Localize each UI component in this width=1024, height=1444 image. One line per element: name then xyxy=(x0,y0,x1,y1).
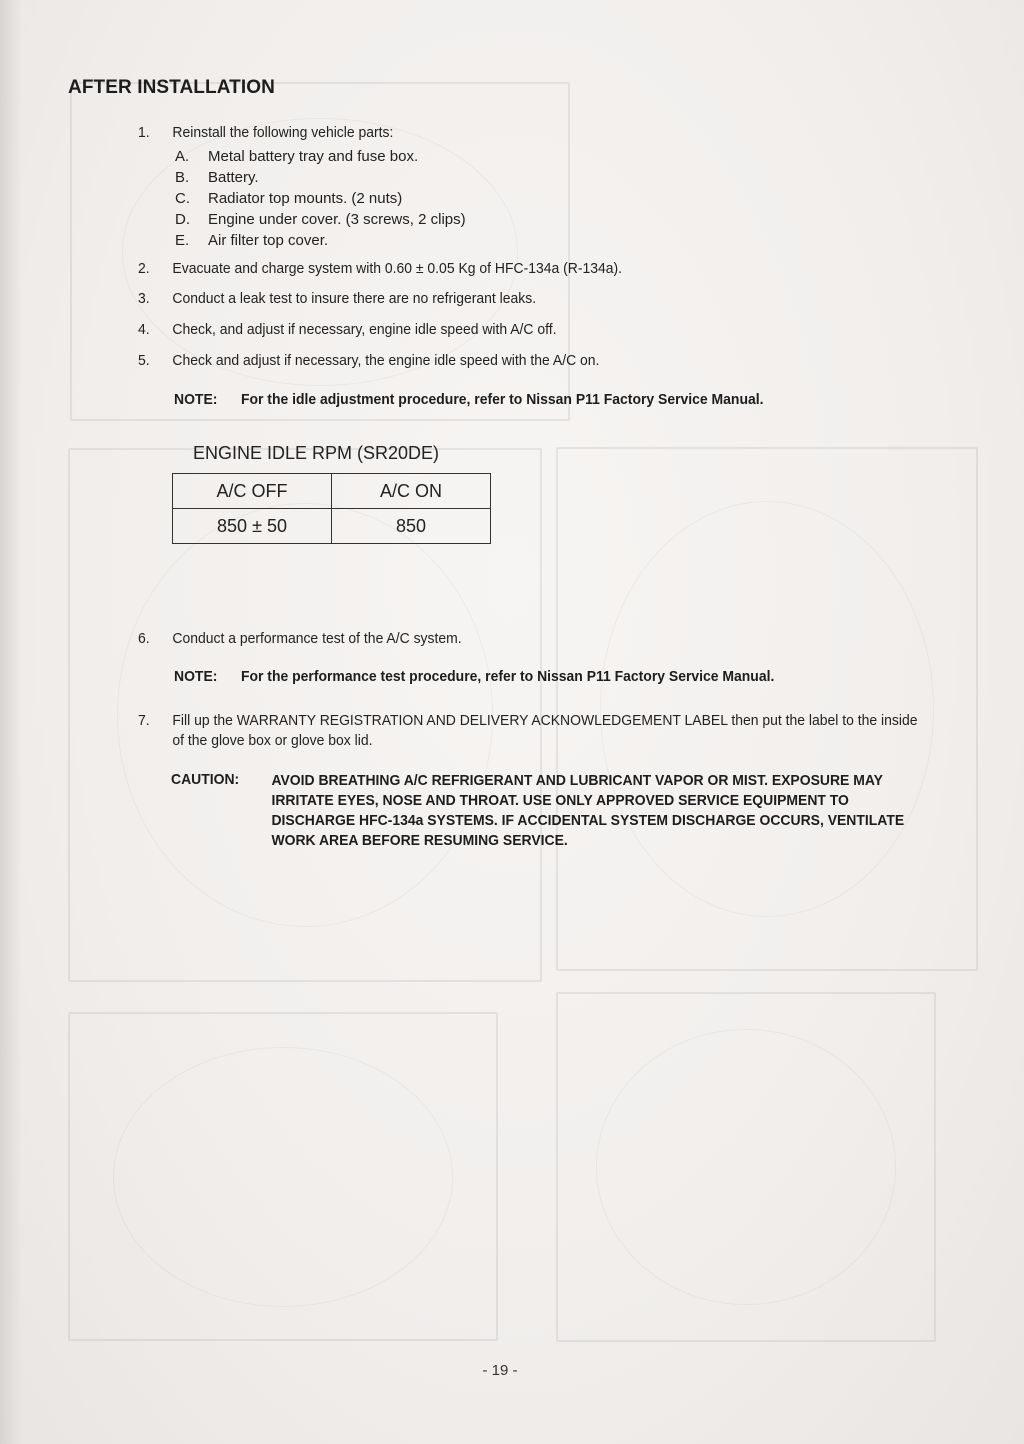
step-text: Fill up the WARRANTY REGISTRATION AND DE… xyxy=(172,711,919,751)
item-text: Air filter top cover. xyxy=(208,230,328,251)
item-letter: D. xyxy=(175,209,208,230)
step-number: 7. xyxy=(138,711,172,751)
note-label: NOTE: xyxy=(174,391,241,408)
step-text: Evacuate and charge system with 0.60 ± 0… xyxy=(172,260,622,277)
note-idle-adjustment: NOTE: For the idle adjustment procedure,… xyxy=(174,391,763,408)
caution-block: CAUTION: AVOID BREATHING A/C REFRIGERANT… xyxy=(171,771,932,851)
note-text: For the idle adjustment procedure, refer… xyxy=(241,391,764,408)
item-text: Radiator top mounts. (2 nuts) xyxy=(208,188,402,209)
table-header: A/C ON xyxy=(332,474,491,509)
step-number: 1. xyxy=(138,124,172,141)
table-header: A/C OFF xyxy=(173,474,332,509)
step-7: 7. Fill up the WARRANTY REGISTRATION AND… xyxy=(138,711,919,751)
table-cell: 850 xyxy=(332,509,491,544)
step-text: Conduct a performance test of the A/C sy… xyxy=(172,630,461,647)
parts-list-item: E. Air filter top cover. xyxy=(175,230,466,251)
caution-text: AVOID BREATHING A/C REFRIGERANT AND LUBR… xyxy=(271,771,931,851)
note-text: For the performance test procedure, refe… xyxy=(241,668,774,685)
table-header-row: A/C OFF A/C ON xyxy=(173,474,491,509)
note-label: NOTE: xyxy=(174,668,241,685)
caution-label: CAUTION: xyxy=(171,771,271,851)
parts-list-item: B. Battery. xyxy=(175,167,466,188)
parts-list-item: C. Radiator top mounts. (2 nuts) xyxy=(175,188,466,209)
note-performance-test: NOTE: For the performance test procedure… xyxy=(174,668,774,685)
parts-list-item: A. Metal battery tray and fuse box. xyxy=(175,146,466,167)
step-number: 4. xyxy=(138,321,172,338)
section-title: AFTER INSTALLATION xyxy=(68,77,275,99)
rpm-table: A/C OFF A/C ON 850 ± 50 850 xyxy=(172,473,491,544)
item-letter: C. xyxy=(175,188,208,209)
step-text: Reinstall the following vehicle parts: xyxy=(172,124,393,141)
step-number: 2. xyxy=(138,260,172,277)
table-row: 850 ± 50 850 xyxy=(173,509,491,544)
manual-page: AFTER INSTALLATION 1. Reinstall the foll… xyxy=(0,0,1024,1444)
step-text: Conduct a leak test to insure there are … xyxy=(172,290,536,307)
item-letter: A. xyxy=(175,146,208,167)
rpm-table-title: ENGINE IDLE RPM (SR20DE) xyxy=(193,443,439,464)
item-text: Battery. xyxy=(208,167,259,188)
step-2: 2. Evacuate and charge system with 0.60 … xyxy=(138,260,622,277)
step-3: 3. Conduct a leak test to insure there a… xyxy=(138,290,536,307)
step-text: Check, and adjust if necessary, engine i… xyxy=(172,321,556,338)
item-letter: E. xyxy=(175,230,208,251)
parts-list: A. Metal battery tray and fuse box. B. B… xyxy=(175,146,466,251)
step-6: 6. Conduct a performance test of the A/C… xyxy=(138,630,462,647)
page-number: - 19 - xyxy=(0,1362,1000,1379)
table-cell: 850 ± 50 xyxy=(173,509,332,544)
step-5: 5. Check and adjust if necessary, the en… xyxy=(138,352,599,369)
step-number: 6. xyxy=(138,630,172,647)
parts-list-item: D. Engine under cover. (3 screws, 2 clip… xyxy=(175,209,466,230)
step-1: 1. Reinstall the following vehicle parts… xyxy=(138,124,393,141)
item-text: Engine under cover. (3 screws, 2 clips) xyxy=(208,209,466,230)
step-text: Check and adjust if necessary, the engin… xyxy=(172,352,599,369)
item-letter: B. xyxy=(175,167,208,188)
item-text: Metal battery tray and fuse box. xyxy=(208,146,418,167)
step-number: 5. xyxy=(138,352,172,369)
step-number: 3. xyxy=(138,290,172,307)
step-4: 4. Check, and adjust if necessary, engin… xyxy=(138,321,557,338)
